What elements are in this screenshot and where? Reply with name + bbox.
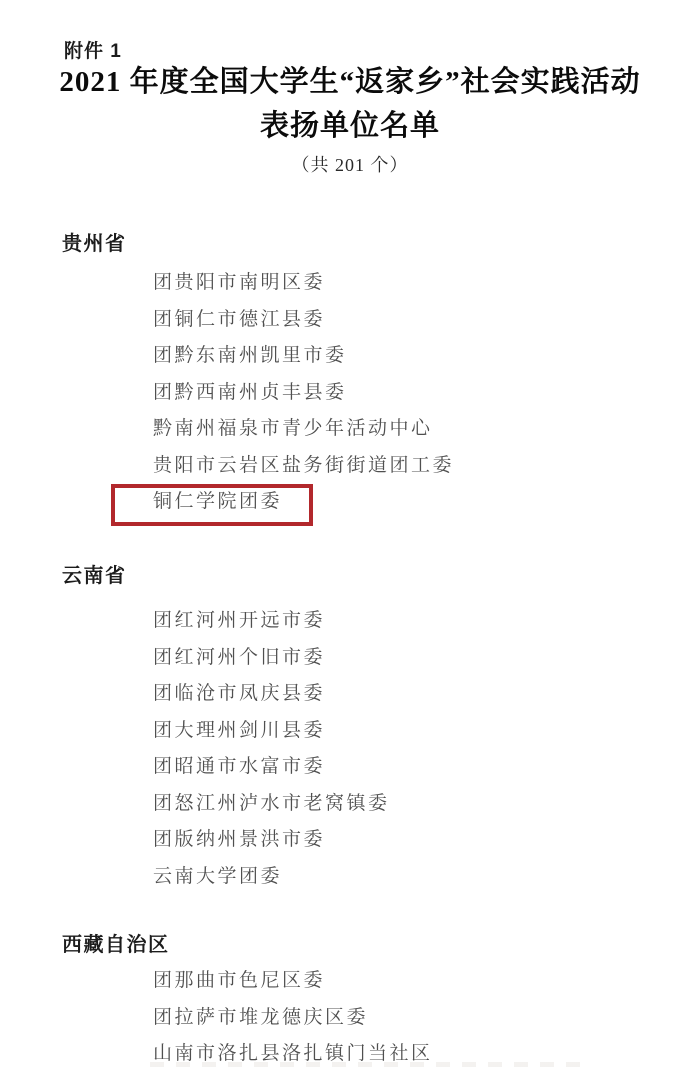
unit-item: 山南市洛扎县洛扎镇门当社区 <box>153 1042 433 1076</box>
unit-item: 团铜仁市德江县委 <box>153 308 454 345</box>
attachment-label: 附件 1 <box>64 36 122 63</box>
unit-item: 团临沧市凤庆县委 <box>153 682 390 719</box>
document-subtitle-count: （共 201 个） <box>0 151 700 177</box>
unit-item: 团拉萨市堆龙德庆区委 <box>153 1006 433 1043</box>
section-header-tibet: 西藏自治区 <box>62 933 170 957</box>
document-title-line2: 表扬单位名单 <box>0 110 700 142</box>
unit-item: 团版纳州景洪市委 <box>153 828 390 865</box>
unit-item: 团黔东南州凯里市委 <box>153 344 454 381</box>
scan-artifact <box>150 1062 590 1067</box>
unit-item: 团红河州个旧市委 <box>153 646 390 683</box>
unit-item: 团昭通市水富市委 <box>153 755 390 792</box>
unit-list-tibet: 团那曲市色尼区委 团拉萨市堆龙德庆区委 山南市洛扎县洛扎镇门当社区 <box>153 969 433 1076</box>
unit-item: 团那曲市色尼区委 <box>153 969 433 1006</box>
unit-item: 团大理州剑川县委 <box>153 719 390 756</box>
document-title-line1: 2021 年度全国大学生“返家乡”社会实践活动 <box>0 66 700 98</box>
unit-item: 黔南州福泉市青少年活动中心 <box>153 417 454 454</box>
unit-list-yunnan: 团红河州开远市委 团红河州个旧市委 团临沧市凤庆县委 团大理州剑川县委 团昭通市… <box>153 609 390 901</box>
unit-item: 团怒江州泸水市老窝镇委 <box>153 792 390 829</box>
unit-item: 团贵阳市南明区委 <box>153 271 454 308</box>
unit-item: 团黔西南州贞丰县委 <box>153 381 454 418</box>
section-header-yunnan: 云南省 <box>62 564 127 588</box>
document-page: 附件 1 2021 年度全国大学生“返家乡”社会实践活动 表扬单位名单 （共 2… <box>0 0 700 1076</box>
highlight-box <box>111 484 313 526</box>
unit-item: 团红河州开远市委 <box>153 609 390 646</box>
unit-item: 云南大学团委 <box>153 865 390 902</box>
section-header-guizhou: 贵州省 <box>62 232 127 256</box>
